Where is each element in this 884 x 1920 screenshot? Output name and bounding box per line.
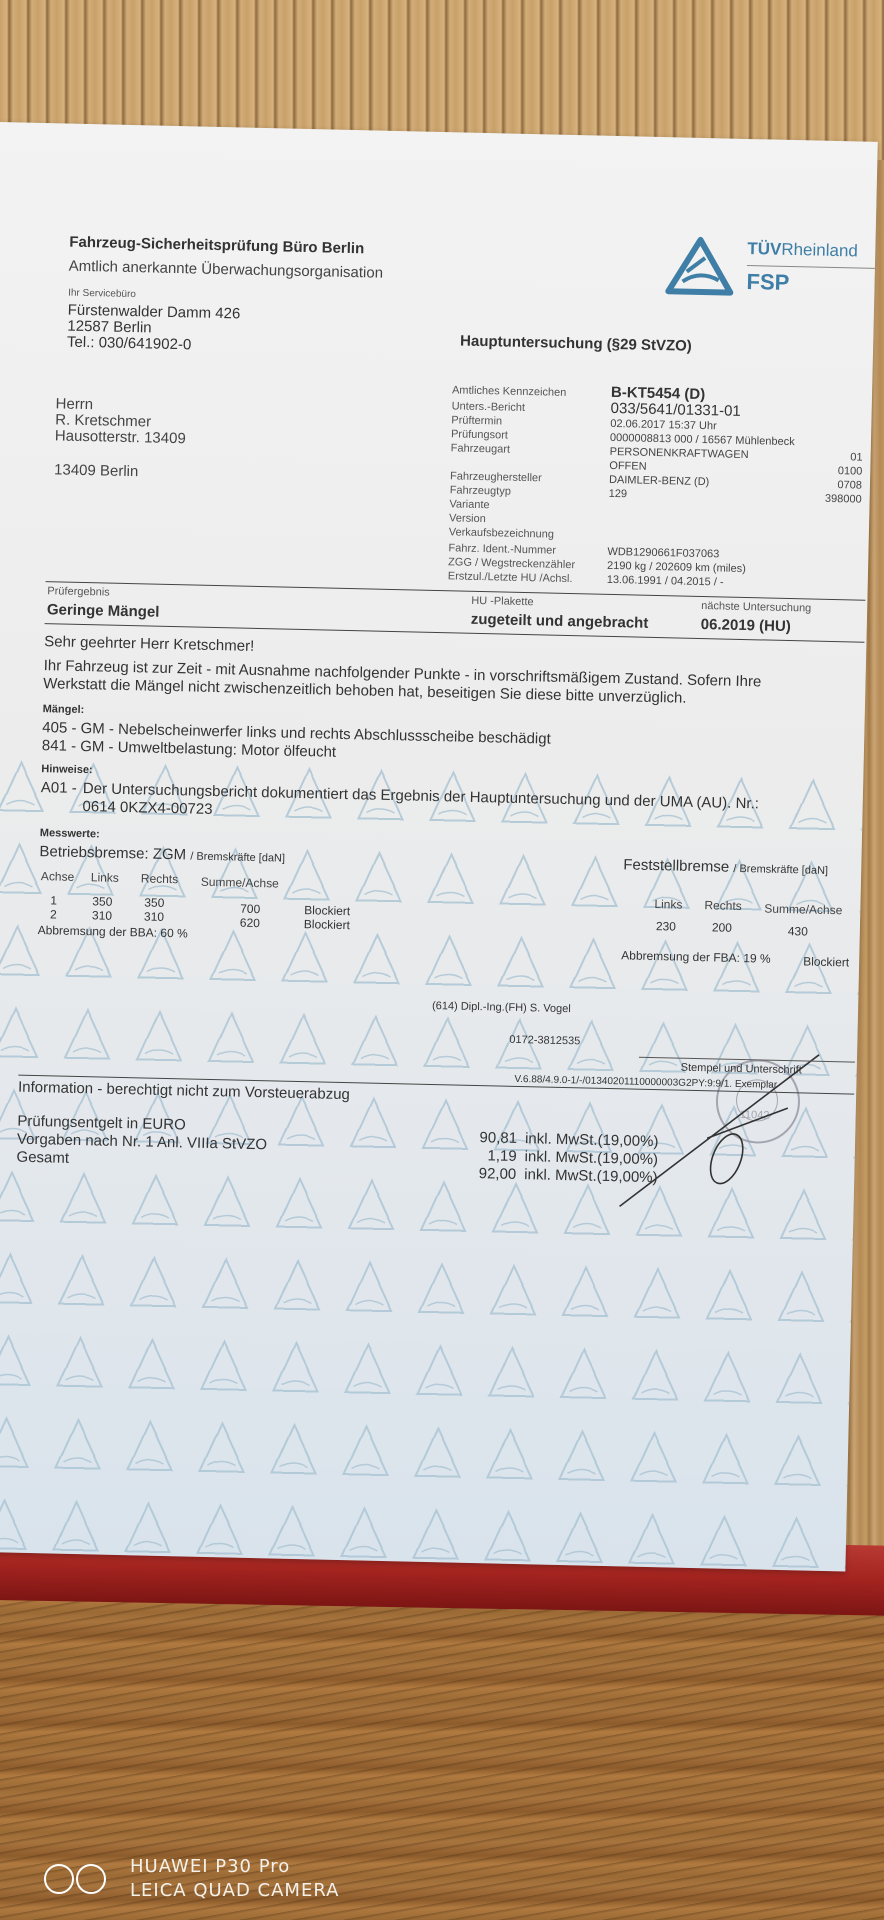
- parking-brake-status: Blockiert: [803, 954, 849, 969]
- vehicle-field-label: Variante: [449, 498, 489, 511]
- vehicle-field-code: [793, 422, 863, 424]
- vehicle-field-label: Fahrzeugtyp: [450, 484, 511, 497]
- vehicle-field-code: [791, 520, 861, 522]
- vehicle-field-label: Fahrzeugart: [451, 442, 511, 455]
- note-line-2: 0614 0KZX4-00723: [82, 798, 212, 818]
- service-brake-deceleration: Abbremsung der BBA: 60 %: [38, 923, 188, 940]
- brake-axle: 1: [50, 893, 57, 907]
- parking-brake-header-right: Rechts: [704, 898, 742, 913]
- vehicle-field-value: 13.06.1991 / 04.2015 / -: [607, 574, 724, 589]
- tuv-triangle-icon: [664, 235, 735, 297]
- vehicle-field-label: Prüfungsort: [451, 428, 508, 441]
- vehicle-field-label: Fahrzeughersteller: [450, 470, 542, 484]
- service-brake-title: Betriebsbremse: ZGM / Bremskräfte [daN]: [39, 843, 285, 866]
- result-label: Prüfergebnis: [47, 585, 110, 598]
- parking-brake-right: 200: [712, 920, 732, 934]
- vehicle-field-code: [793, 436, 863, 438]
- letter-greeting: Sehr geehrter Herr Kretschmer!: [44, 633, 254, 655]
- vehicle-field-label: Fahrz. Ident.-Nummer: [448, 542, 556, 556]
- vehicle-field-code: [791, 534, 861, 536]
- vehicle-field-label: Amtliches Kennzeichen: [452, 384, 567, 399]
- brake-axle: 2: [50, 907, 57, 921]
- brake-right: 310: [144, 909, 164, 923]
- vehicle-field-value: PERSONENKRAFTWAGEN: [610, 446, 749, 461]
- organization-subtitle: Amtlich anerkannte Überwachungsorganisat…: [69, 258, 384, 282]
- fee-label: Gesamt: [16, 1149, 69, 1167]
- service-brake-header-left: Links: [91, 870, 119, 885]
- vehicle-field-label: ZGG / Wegstreckenzähler: [448, 556, 575, 571]
- vehicle-field-code: 0100: [792, 464, 862, 478]
- recipient-city: 13409 Berlin: [54, 461, 139, 480]
- brake-status: Blockiert: [304, 917, 350, 932]
- vehicle-field-value: DAIMLER-BENZ (D): [609, 474, 709, 488]
- vehicle-field-label: Unters.-Bericht: [452, 400, 526, 414]
- brake-left: 310: [92, 908, 112, 922]
- service-brake-header-axle: Achse: [41, 869, 75, 884]
- fee-amount: 92,00: [456, 1165, 516, 1183]
- parking-brake-header-sum: Summe/Achse: [764, 902, 842, 918]
- recipient-street: Hausotterstr. 13409: [55, 427, 186, 447]
- vehicle-field-value: OFFEN: [609, 460, 647, 473]
- brake-right: 350: [144, 895, 164, 909]
- defects-label: Mängel:: [43, 703, 85, 716]
- parking-brake-left: 230: [656, 919, 676, 933]
- inspection-report-sheet: Fahrzeug-Sicherheitsprüfung Büro Berlin …: [0, 122, 878, 1572]
- vehicle-field-code: [791, 506, 861, 508]
- vehicle-field-label: Verkaufsbezeichnung: [449, 526, 554, 540]
- vehicle-field-label: Erstzul./Letzte HU /Achsl.: [448, 570, 573, 585]
- service-office-label: Ihr Servicebüro: [68, 288, 136, 301]
- fees-info: Information - berechtigt nicht zum Vorst…: [18, 1079, 350, 1104]
- vehicle-field-value: 2190 kg / 202609 km (miles): [607, 560, 746, 575]
- plakette-value: zugeteilt und angebracht: [471, 611, 649, 632]
- result-top-rule: [46, 581, 866, 601]
- inspector-name: (614) Dipl.-Ing.(FH) S. Vogel: [432, 1000, 571, 1015]
- brake-sum: 700: [240, 902, 260, 916]
- vehicle-field-code: 398000: [792, 492, 862, 506]
- vehicle-field-value: 02.06.2017 15:37 Uhr: [610, 418, 717, 432]
- vehicle-field-value: WDB1290661F037063: [607, 546, 719, 561]
- logo-brand-text: TÜVRheinland: [747, 239, 858, 262]
- vehicle-field-code: 0708: [792, 478, 862, 492]
- parking-brake-title: Feststellbremse / Bremskräfte [daN]: [623, 856, 828, 878]
- brake-sum: 620: [240, 916, 260, 930]
- camera-watermark-lens: LEICA QUAD CAMERA: [130, 1880, 339, 1901]
- vehicle-field-code: [790, 550, 860, 552]
- camera-watermark-model: HUAWEI P30 Pro: [130, 1856, 290, 1877]
- brake-status: Blockiert: [304, 903, 350, 918]
- vehicle-field-code: [790, 578, 860, 580]
- logo-divider: [747, 265, 875, 269]
- fee-tax-note: inkl. MwSt.(19,00%): [524, 1166, 658, 1186]
- vehicle-field-value: 033/5641/01331-01: [610, 400, 740, 420]
- service-brake-header-sum: Summe/Achse: [201, 875, 279, 891]
- fee-tax-note: inkl. MwSt.(19,00%): [524, 1148, 658, 1168]
- result-value: Geringe Mängel: [47, 601, 160, 621]
- organization-name: Fahrzeug-Sicherheitsprüfung Büro Berlin: [69, 234, 364, 258]
- next-inspection-value: 06.2019 (HU): [701, 616, 791, 635]
- next-inspection-label: nächste Untersuchung: [701, 600, 811, 614]
- vehicle-field-code: [794, 392, 864, 394]
- document-title: Hauptuntersuchung (§29 StVZO): [460, 332, 692, 354]
- camera-lens-logo: [44, 1862, 114, 1892]
- vehicle-field-label: Version: [449, 512, 486, 525]
- fee-amount: 1,19: [456, 1147, 516, 1165]
- notes-label: Hinweise:: [41, 763, 93, 776]
- parking-brake-header-left: Links: [654, 897, 682, 912]
- service-brake-header-right: Rechts: [141, 871, 179, 886]
- service-phone: Tel.: 030/641902-0: [67, 334, 192, 354]
- logo-fsp-text: FSP: [746, 269, 789, 296]
- fee-amount: 90,81: [457, 1129, 517, 1147]
- fee-tax-note: inkl. MwSt.(19,00%): [525, 1130, 659, 1150]
- brake-left: 350: [92, 894, 112, 908]
- measurements-label: Messwerte:: [40, 827, 100, 840]
- vehicle-field-code: [794, 408, 864, 410]
- vehicle-field-code: [790, 564, 860, 566]
- note-code: A01 -: [41, 779, 77, 797]
- plakette-label: HU -Plakette: [471, 595, 534, 608]
- vehicle-field-value: 129: [609, 488, 628, 500]
- parking-brake-deceleration: Abbremsung der FBA: 19 %: [621, 948, 771, 965]
- vehicle-field-label: Prüftermin: [451, 414, 502, 427]
- tuv-rheinland-logo: TÜVRheinland FSP: [664, 229, 876, 304]
- vehicle-field-code: 01: [792, 450, 862, 464]
- parking-brake-sum: 430: [788, 924, 808, 938]
- inspector-phone: 0172-3812535: [509, 1034, 580, 1048]
